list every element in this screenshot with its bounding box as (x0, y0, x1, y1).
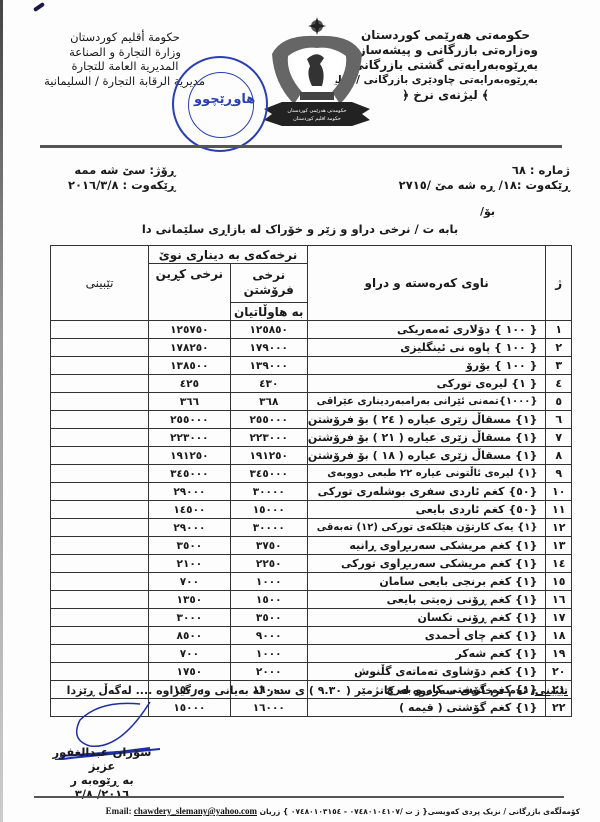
footer-divider (34, 796, 564, 798)
subject-line: بابە ت / نرخی دراو و زێر و خۆراک لە بازا… (0, 222, 600, 236)
table-row: ١{ ١٠٠ } دۆلاری ئەمەریکی١٢٥٨٥٠١٢٥٧٥٠ (51, 321, 572, 339)
table-row: ١٦{١} کغم ڕۆنی زەیتی بایعی١٥٠٠١٣٥٠ (51, 591, 572, 609)
table-row: ٢٠{١} کغم دۆشاوی تەماتەی گڵنوش٢٠٠٠١٧٥٠ (51, 663, 572, 681)
header-line: وەزارەتی بازرگانی و پیشەسازی (353, 43, 538, 58)
footer-address: کۆمەڵگەی بازرگانی / نزیک پردی کەویسی{ ژ … (260, 807, 580, 816)
col-number: ژ (546, 246, 572, 321)
col-sell: نرخی فرۆشتن (230, 264, 307, 303)
header-line: ﴾ لیژنەی نرخ ﴿ (353, 88, 538, 103)
table-row: ١٧{١} کغم ڕۆنی تکسان٣٥٠٠٣٠٠٠ (51, 609, 572, 627)
header-divider (40, 145, 562, 148)
header-line: حكومة أقليم كوردستان (45, 30, 205, 45)
header-line: بەڕێوەبەرایەتی گشتی بازرگانی (353, 58, 538, 73)
table-row: ٦{١} مسقاڵ زێری عیارە ( ٢٤ ) بۆ فرۆشتن٢٥… (51, 411, 572, 429)
header-kurdish: حکومەتی هەرێمی کوردستان وەزارەتی بازرگان… (353, 28, 538, 103)
header-line: المديرية العامة للتجارة (45, 59, 205, 74)
recipient: بۆ/ (480, 205, 495, 218)
kurdistan-emblem-icon: حکومەتی هەرێمی کوردستان حكومة اقليم كورد… (262, 14, 372, 134)
col-buy: نرخی کڕین (149, 264, 231, 321)
scan-edge (0, 0, 3, 822)
footnote-text: / ئەم نرخانەی سەرەوە لە کاتژمێر ( ٩.٣٠ )… (67, 684, 535, 697)
signer-title: بە ڕێوەبە ر (42, 773, 162, 787)
table-row: ١٢{١} یەک کارتۆن هێلکەی تورکی (١٢) تەبەق… (51, 519, 572, 537)
stamp-text: هاوڕێچوو (194, 92, 255, 107)
header-line: حکومەتی هەرێمی کوردستان (353, 28, 538, 43)
table-row: ٤{ ١} لیرەی تورکی٤٣٠٤٢٥ (51, 375, 572, 393)
svg-text:حکومەتی هەرێمی کوردستان: حکومەتی هەرێمی کوردستان (287, 108, 346, 114)
reference-date: ڕێکەوت :١٨/ ڕە شە مێ /٢٧١٥ (399, 178, 570, 193)
svg-text:حكومة اقليم كوردستان: حكومة اقليم كوردستان (293, 116, 341, 122)
table-row: ١١{٥٠} کغم ئاردی بایعی١٥٠٠٠١٤٥٠٠ (51, 501, 572, 519)
col-sell-sub: بە هاوڵاتیان (230, 303, 307, 321)
pen-mark (33, 2, 45, 12)
table-row: ١٠{٥٠} کغم ئاردی سفری بوشلەری تورکی٣٠٠٠٠… (51, 483, 572, 501)
table-row: ١٩{١} کغم شەکر١٠٠٠٧٠٠ (51, 645, 572, 663)
col-name: ناوی کەرەستە و دراو (307, 246, 546, 321)
footer-email-block: Email: chawdery_slemany@yahoo.com (106, 806, 257, 816)
header-line: وزارة التجارة و الصناعة (45, 45, 205, 60)
weekday: ڕۆژ: سێ شە ممە (68, 163, 176, 178)
col-notes: تێبینی (51, 246, 149, 321)
footnote: تێبینی/ ئەم نرخانەی سەرەوە لە کاتژمێر ( … (67, 684, 568, 697)
header-line: بەڕێوەبەرایەتی چاودێری بازرگانی / سلێمان… (353, 73, 538, 88)
footer: کۆمەڵگەی بازرگانی / نزیک پردی کەویسی{ ژ … (120, 806, 580, 816)
signer-block: سۆران عبدالغفور عزیز بە ڕێوەبە ر ٢٠١٦/ ٣… (42, 745, 162, 801)
email-link[interactable]: chawdery_slemany@yahoo.com (134, 806, 257, 816)
letter-number: ژمارە : ٦٨ (399, 163, 570, 178)
col-price-group: نرخەکەی بە دیناری نوێ (149, 246, 308, 264)
table-row: ١٤{١} کغم مریشکی سەربڕاوی تورکی٢٢٥٠٢١٠٠ (51, 555, 572, 573)
table-row: ٧{١} مسقاڵ زێری عیارە ( ٢١ ) بۆ فرۆشتن٢٢… (51, 429, 572, 447)
table-row: ٥{١٠٠٠}تمەنی ئێرانی بەرامبەردیناری عێراق… (51, 393, 572, 411)
table-row: ٢{ ١٠٠ } پاوە نی ئینگلیزی١٧٩٠٠٠١٧٨٢٥٠ (51, 339, 572, 357)
date-block: ڕۆژ: سێ شە ممە ڕێکەوت : ٢٠١٦/٣/٨ (68, 163, 176, 193)
table-row: ٣{ ١٠٠ } یۆرۆ١٣٩٠٠٠١٣٨٥٠٠ (51, 357, 572, 375)
reference-block: ژمارە : ٦٨ ڕێکەوت :١٨/ ڕە شە مێ /٢٧١٥ (399, 163, 570, 193)
table-row: ١٨{١} کغم چای أحمدی٩٠٠٠٨٥٠٠ (51, 627, 572, 645)
table-row: ١٣{١} کغم مریشکی سەربڕاوی ڕانیە٣٧٥٠٣٥٠٠ (51, 537, 572, 555)
table-row: ٨{١} مسقاڵ زێری عیارە ( ١٨ ) بۆ فرۆشتن١٩… (51, 447, 572, 465)
signer-name: سۆران عبدالغفور عزیز (42, 745, 162, 773)
price-table: ژ ناوی کەرەستە و دراو نرخەکەی بە دیناری … (50, 245, 572, 717)
table-row: ١٥{١} کغم برنجی بایعی سامان١٠٠٠٧٠٠ (51, 573, 572, 591)
signer-date: ٢٠١٦/ ٣/٨ (42, 787, 162, 801)
official-stamp: هاوڕێچوو (172, 56, 268, 152)
letter-date: ڕێکەوت : ٢٠١٦/٣/٨ (68, 178, 176, 193)
table-row: ٩{١} لیرەی ئاڵتونی عیارە ٢٢ طبعی دووبەی٣… (51, 465, 572, 483)
footnote-label: تێبینی (535, 684, 568, 697)
email-label: Email: (106, 806, 132, 816)
